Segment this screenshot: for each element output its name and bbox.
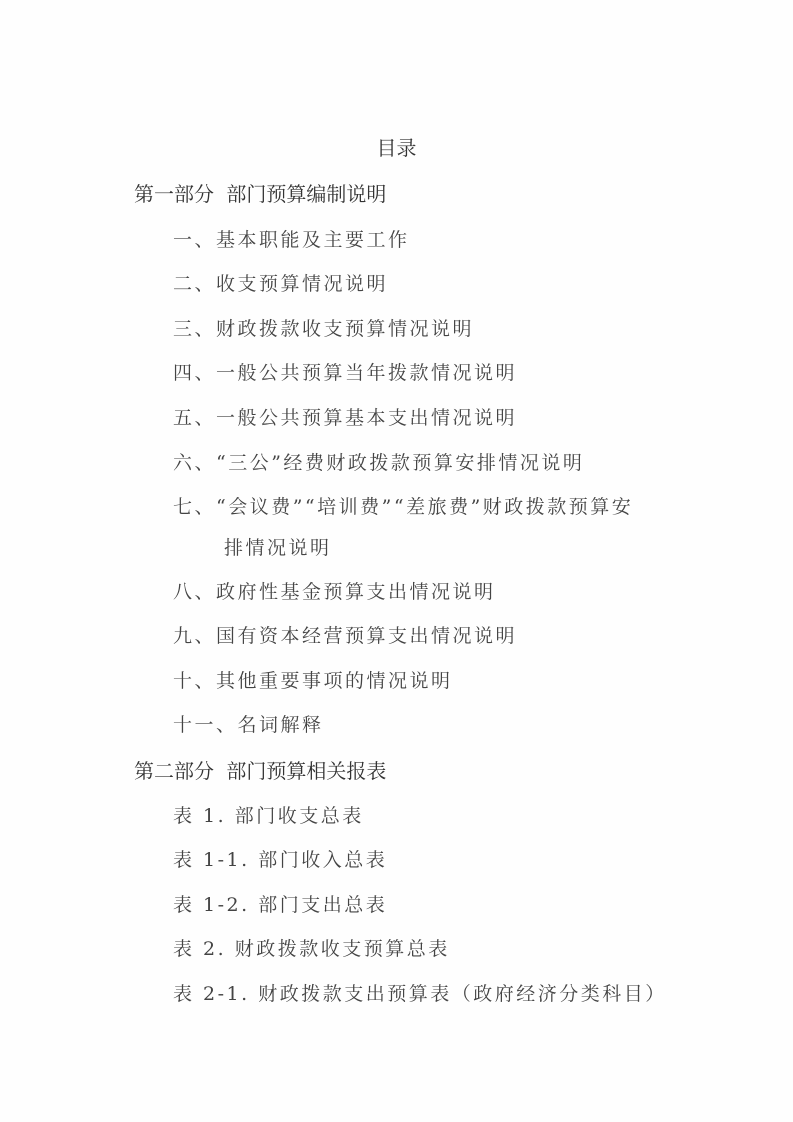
toc-item: 九、国有资本经营预算支出情况说明 xyxy=(173,621,517,648)
toc-item: 表 1-2. 部门支出总表 xyxy=(173,890,387,917)
toc-item: 表 1. 部门收支总表 xyxy=(173,801,364,828)
toc-item: 四、一般公共预算当年拨款情况说明 xyxy=(173,358,517,385)
toc-item: 十一、名词解释 xyxy=(173,710,324,737)
toc-item: 表 2. 财政拨款收支预算总表 xyxy=(173,934,450,961)
part1-heading: 第一部分 部门预算编制说明 xyxy=(134,178,386,207)
toc-item: 十、其他重要事项的情况说明 xyxy=(173,666,453,693)
toc-item: 三、财政拨款收支预算情况说明 xyxy=(173,314,474,341)
toc-title: 目录 xyxy=(0,132,793,161)
toc-item: 二、收支预算情况说明 xyxy=(173,269,388,296)
toc-item: 一、基本职能及主要工作 xyxy=(173,225,410,252)
toc-item-continuation: 排情况说明 xyxy=(224,533,332,560)
toc-item: 五、一般公共预算基本支出情况说明 xyxy=(173,403,517,430)
toc-item: 表 2-1. 财政拨款支出预算表（政府经济分类科目） xyxy=(173,979,667,1006)
part2-heading: 第二部分 部门预算相关报表 xyxy=(134,755,386,784)
toc-item: 八、政府性基金预算支出情况说明 xyxy=(173,577,496,604)
toc-item: 六、“三公”经费财政拨款预算安排情况说明 xyxy=(173,448,584,475)
toc-item: 七、“会议费”“培训费”“差旅费”财政拨款预算安 xyxy=(173,492,633,519)
toc-item: 表 1-1. 部门收入总表 xyxy=(173,845,387,872)
